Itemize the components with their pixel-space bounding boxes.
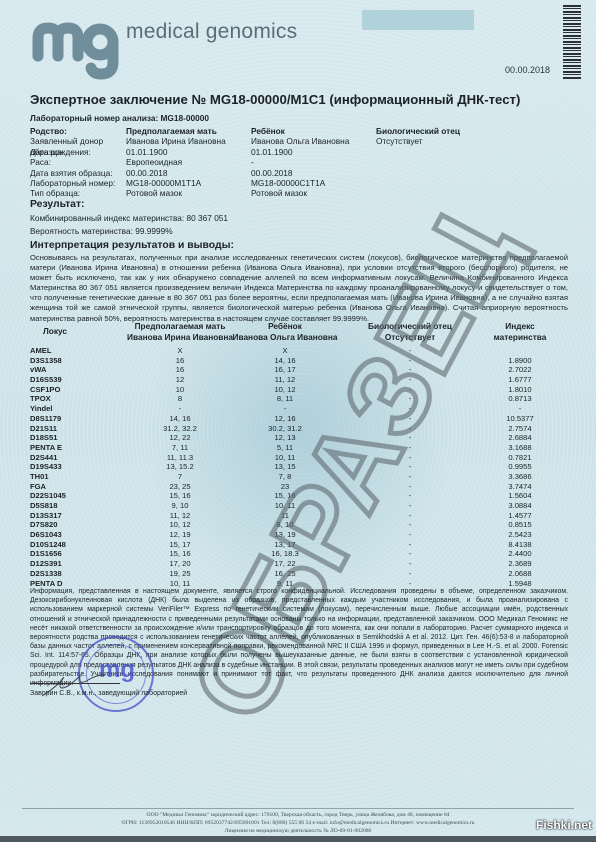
- cell-locus: D22S1045: [30, 491, 66, 501]
- info-child-value: 00.00.2018: [251, 168, 376, 178]
- cell-index: 3.3686: [490, 472, 550, 482]
- cell-child: 14, 16: [240, 356, 330, 366]
- cell-index: 0.8515: [490, 520, 550, 530]
- info-child-value: MG18-00000C1T1A: [251, 178, 376, 188]
- maternity-probability: Вероятность материнства: 99.9999%: [30, 226, 173, 236]
- info-label: Тип образца:: [30, 188, 126, 198]
- cell-locus: D21S11: [30, 424, 57, 434]
- col-child-name: Иванова Ольга Ивановна: [230, 332, 340, 343]
- info-mother-value: Европеоидная: [126, 157, 251, 167]
- signer-name: Заворин С.В., к.м.н., заведующий лаборат…: [30, 690, 187, 697]
- info-header-relation: Родство:: [30, 126, 126, 136]
- cell-mother: 16: [135, 356, 225, 366]
- info-row: Раса: Европеоидная -: [30, 157, 496, 167]
- cell-index: 0.9955: [490, 462, 550, 472]
- cell-father: -: [380, 569, 440, 579]
- info-mother-value: Иванова Ирина Ивановна: [126, 136, 251, 146]
- cell-index: 10.5377: [490, 414, 550, 424]
- cell-mother: 31.2, 32.2: [135, 424, 225, 434]
- cell-index: 1.8900: [490, 356, 550, 366]
- table-row: D8S117914, 1612, 16-10.5377: [0, 414, 596, 424]
- cell-father: -: [380, 559, 440, 569]
- cell-locus: D10S1248: [30, 540, 66, 550]
- cell-index: 3.7474: [490, 482, 550, 492]
- cell-mother: 8: [135, 394, 225, 404]
- cell-mother: 19, 25: [135, 569, 225, 579]
- cell-index: 2.7574: [490, 424, 550, 434]
- table-row: TPOX88, 11-0.8713: [0, 394, 596, 404]
- cell-child: 16, 17: [240, 365, 330, 375]
- info-child-value: -: [251, 157, 376, 167]
- cell-locus: D18S51: [30, 433, 57, 443]
- cell-locus: vWA: [30, 365, 46, 375]
- cell-index: 8.4138: [490, 540, 550, 550]
- cell-mother: -: [135, 404, 225, 414]
- info-header-mother: Предполагаемая мать: [126, 126, 251, 136]
- signature-line: [30, 683, 120, 684]
- table-row: D16S5391211, 12-1.6777: [0, 375, 596, 385]
- info-row: Лабораторный номер: MG18-00000M1T1A MG18…: [30, 178, 496, 188]
- medical-genomics-logo-icon: [30, 14, 130, 84]
- cell-index: 1.4577: [490, 511, 550, 521]
- info-child-value: Ротовой мазок: [251, 188, 376, 198]
- footer-contacts: ОГРН: 1136952010546 ИНН/КПП: 6952037742/…: [0, 819, 596, 827]
- barcode-icon: [563, 5, 581, 79]
- cell-locus: TH01: [30, 472, 49, 482]
- interpretation-heading: Интерпретация результатов и выводы:: [30, 240, 234, 251]
- cell-mother: 16: [135, 365, 225, 375]
- col-mother-name: Иванова Ирина Ивановна: [125, 332, 235, 343]
- lab-analysis-number: Лабораторный номер анализа: MG18-00000: [30, 113, 209, 123]
- cell-index: 2.5423: [490, 530, 550, 540]
- cell-locus: FGA: [30, 482, 46, 492]
- table-row: D3S13581614, 16-1.8900: [0, 356, 596, 366]
- table-row: CSF1PO1010, 12-1.8010: [0, 385, 596, 395]
- combined-maternity-index: Комбинированный индекс материнства: 80 3…: [30, 213, 228, 223]
- cell-index: 2.6884: [490, 433, 550, 443]
- info-father-value: [376, 147, 496, 157]
- col-locus: Локус: [30, 326, 80, 337]
- info-mother-value: 01.01.1900: [126, 147, 251, 157]
- cell-locus: D12S391: [30, 559, 62, 569]
- info-father-value: [376, 157, 496, 167]
- cell-child: 11, 12: [240, 375, 330, 385]
- cell-mother: 13, 15.2: [135, 462, 225, 472]
- col-mother: Предполагаемая мать Иванова Ирина Иванов…: [125, 321, 235, 343]
- redacted-area: [362, 10, 474, 30]
- info-label: Лабораторный номер:: [30, 178, 126, 188]
- footer-license: Лицензия на медицинскую деятельность № Л…: [0, 827, 596, 835]
- info-label: Дата взятия образца:: [30, 168, 126, 178]
- cell-locus: D5S818: [30, 501, 57, 511]
- info-header-row: Родство: Предполагаемая мать Ребёнок Био…: [30, 126, 496, 136]
- cell-index: 1.6777: [490, 375, 550, 385]
- info-row: Дата рождения: 01.01.1900 01.01.1900: [30, 147, 496, 157]
- site-badge: Fishki.net: [536, 818, 592, 832]
- cell-index: 2.7022: [490, 365, 550, 375]
- cell-mother: 7, 11: [135, 443, 225, 453]
- cell-locus: PENTA E: [30, 443, 62, 453]
- table-row: Yindel----: [0, 404, 596, 414]
- cell-index: 0.8713: [490, 394, 550, 404]
- cell-locus: TPOX: [30, 394, 51, 404]
- document-page: medical genomics 00.00.2018 Экспертное з…: [0, 0, 596, 842]
- info-header-child: Ребёнок: [251, 126, 376, 136]
- info-mother-value: 00.00.2018: [126, 168, 251, 178]
- col-index-title-2: материнства: [490, 332, 550, 343]
- footer: ООО "Медикал Геномикс" юридический адрес…: [0, 811, 596, 836]
- info-row: Заявленный донор образца: Иванова Ирина …: [30, 136, 496, 146]
- brand-name: medical genomics: [126, 20, 297, 44]
- cell-locus: Yindel: [30, 404, 53, 414]
- info-father-value: Отсутствует: [376, 136, 496, 146]
- cell-locus: D6S1043: [30, 530, 62, 540]
- info-label: Раса:: [30, 157, 126, 167]
- result-heading: Результат:: [30, 199, 85, 210]
- cell-mother: 15, 16: [135, 549, 225, 559]
- info-child-value: Иванова Ольга Ивановна: [251, 136, 376, 146]
- cell-mother: 9, 10: [135, 501, 225, 511]
- cell-index: 1.5604: [490, 491, 550, 501]
- cell-locus: D1S1656: [30, 549, 62, 559]
- info-row: Дата взятия образца: 00.00.2018 00.00.20…: [30, 168, 496, 178]
- table-row: AMELXX-: [0, 346, 596, 356]
- cell-index: 1.8010: [490, 385, 550, 395]
- cell-locus: D7S820: [30, 520, 57, 530]
- cell-locus: CSF1PO: [30, 385, 60, 395]
- cell-mother: 12, 22: [135, 433, 225, 443]
- table-row: vWA1616, 17-2.7022: [0, 365, 596, 375]
- cell-mother: 15, 17: [135, 540, 225, 550]
- page-title: Экспертное заключение № MG18-00000/M1C1 …: [30, 92, 520, 107]
- cell-locus: D19S433: [30, 462, 62, 472]
- cell-index: 3.0884: [490, 501, 550, 511]
- cell-mother: 11, 12: [135, 511, 225, 521]
- footer-address: ООО "Медикал Геномикс" юридический адрес…: [0, 811, 596, 819]
- cell-mother: 14, 16: [135, 414, 225, 424]
- cell-child: X: [240, 346, 330, 356]
- cell-mother: 12, 19: [135, 530, 225, 540]
- cell-index: 2.4400: [490, 549, 550, 559]
- cell-index: 0.7821: [490, 453, 550, 463]
- cell-father: -: [380, 549, 440, 559]
- cell-locus: AMEL: [30, 346, 52, 356]
- document-date: 00.00.2018: [505, 65, 550, 75]
- cell-index: 2.0688: [490, 569, 550, 579]
- cell-mother: 7: [135, 472, 225, 482]
- info-child-value: 01.01.1900: [251, 147, 376, 157]
- cell-mother: 23, 25: [135, 482, 225, 492]
- cell-locus: D2S441: [30, 453, 57, 463]
- info-father-value: [376, 168, 496, 178]
- participants-info: Родство: Предполагаемая мать Ребёнок Био…: [30, 126, 496, 199]
- info-header-father: Биологический отец: [376, 126, 496, 136]
- cell-mother: 11, 11.3: [135, 453, 225, 463]
- cell-father: -: [380, 540, 440, 550]
- cell-index: 3.1688: [490, 443, 550, 453]
- cell-index: 2.3689: [490, 559, 550, 569]
- col-child-title: Ребёнок: [230, 321, 340, 332]
- cell-locus: D2S1338: [30, 569, 62, 579]
- cell-locus: D13S317: [30, 511, 62, 521]
- cell-index: -: [490, 404, 550, 414]
- footer-divider: [22, 808, 574, 809]
- info-mother-value: MG18-00000M1T1A: [126, 178, 251, 188]
- info-label: Дата рождения:: [30, 147, 126, 157]
- cell-mother: X: [135, 346, 225, 356]
- info-label: Заявленный донор образца:: [30, 136, 126, 146]
- cell-mother: 12: [135, 375, 225, 385]
- col-child: Ребёнок Иванова Ольга Ивановна: [230, 321, 340, 343]
- info-mother-value: Ротовой мазок: [126, 188, 251, 198]
- cell-locus: D16S539: [30, 375, 62, 385]
- cell-locus: D8S1179: [30, 414, 61, 424]
- cell-mother: 10, 12: [135, 520, 225, 530]
- cell-mother: 15, 16: [135, 491, 225, 501]
- cell-mother: 10: [135, 385, 225, 395]
- col-mother-title: Предполагаемая мать: [125, 321, 235, 332]
- cell-locus: D3S1358: [30, 356, 62, 366]
- cell-mother: 17, 20: [135, 559, 225, 569]
- info-father-value: [376, 178, 496, 188]
